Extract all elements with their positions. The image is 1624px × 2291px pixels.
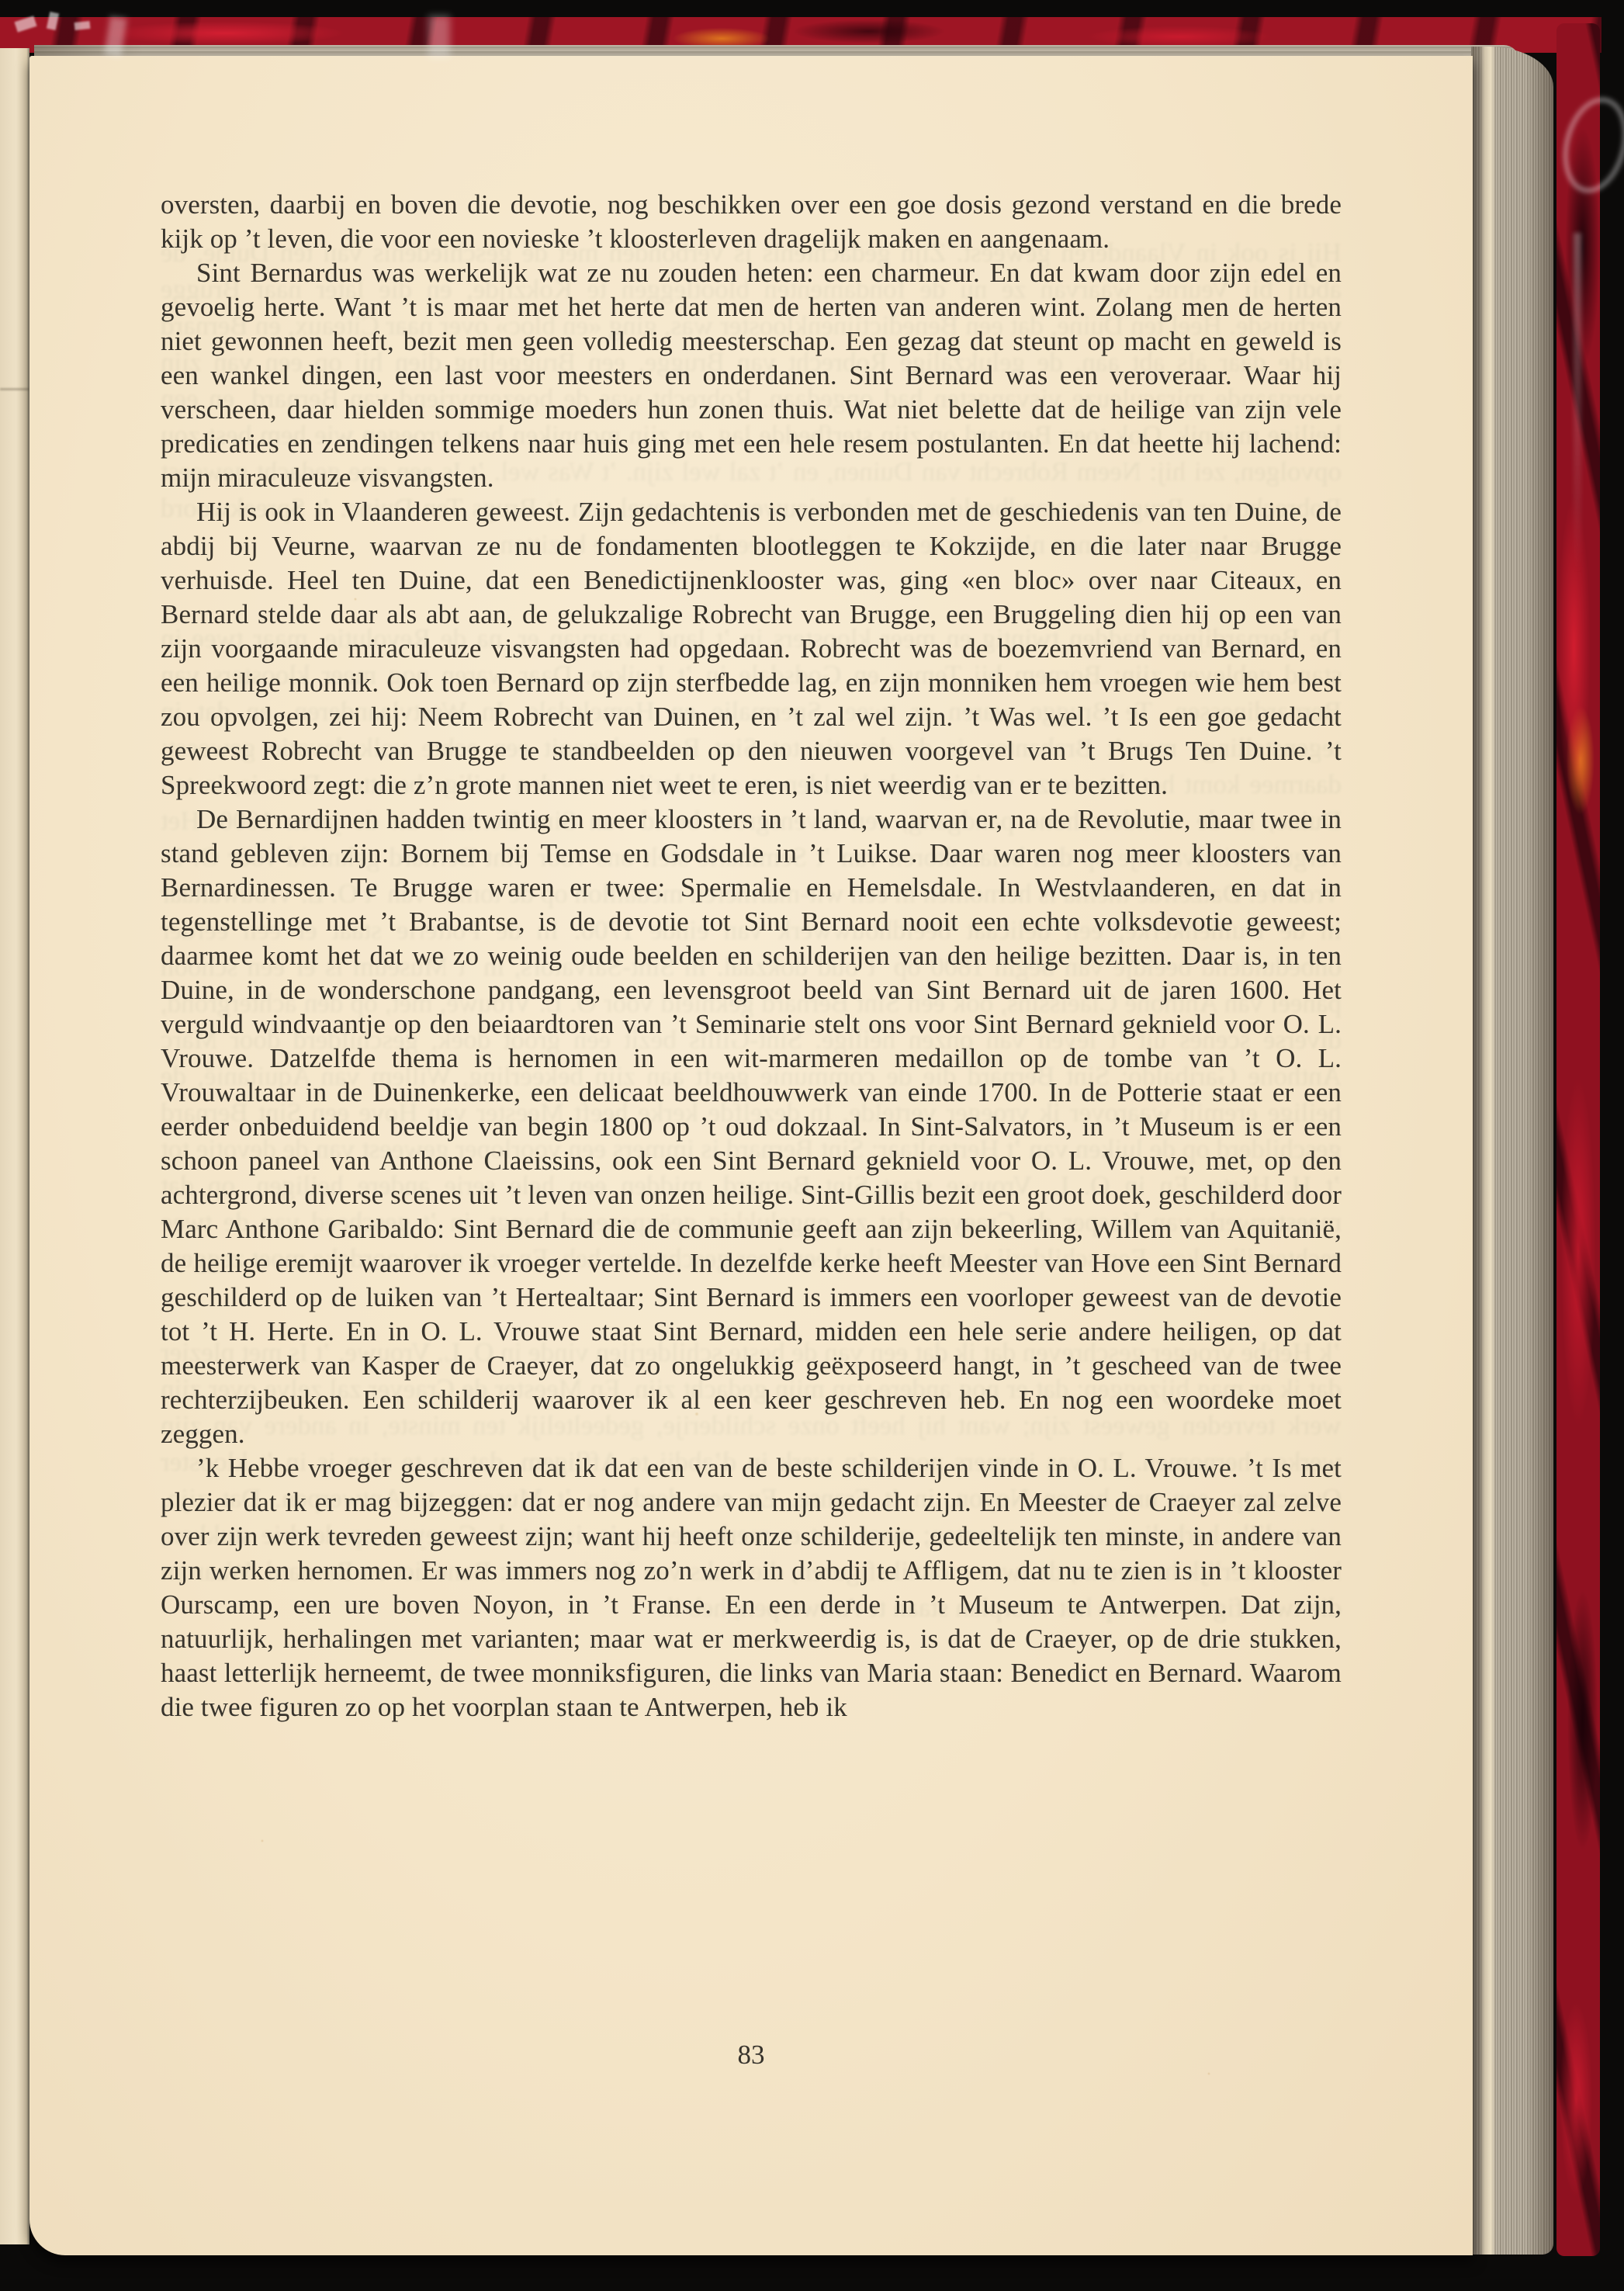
underlying-page-edge-left [0,48,29,2244]
book-photo: Hij is ook in Vlaanderen geweest. Zijn g… [0,0,1624,2291]
book-scan: { "book": { "cover_color": "#9e1524", "p… [0,0,1624,2291]
book-page: Hij is ook in Vlaanderen geweest. Zijn g… [29,56,1473,2255]
page-text: Hij is ook in Vlaanderen geweest. Zijn g… [161,188,1342,1724]
paragraph: ’k Hebbe vroeger geschreven dat ik dat e… [161,1451,1342,1724]
paragraph: De Bernardijnen hadden twintig en meer k… [161,802,1342,1451]
page-stack-fore-edge [1471,47,1553,2255]
paragraph: Sint Bernardus was werkelijk wat ze nu z… [161,256,1342,495]
page-crease [0,388,29,390]
book-cover-right-edge [1556,23,1600,2256]
page-number: 83 [161,2040,1342,2071]
paragraph: oversten, daarbij en boven die devotie, … [161,188,1342,256]
tape-mark [74,21,91,30]
paragraph: Hij is ook in Vlaanderen geweest. Zijn g… [161,495,1342,802]
